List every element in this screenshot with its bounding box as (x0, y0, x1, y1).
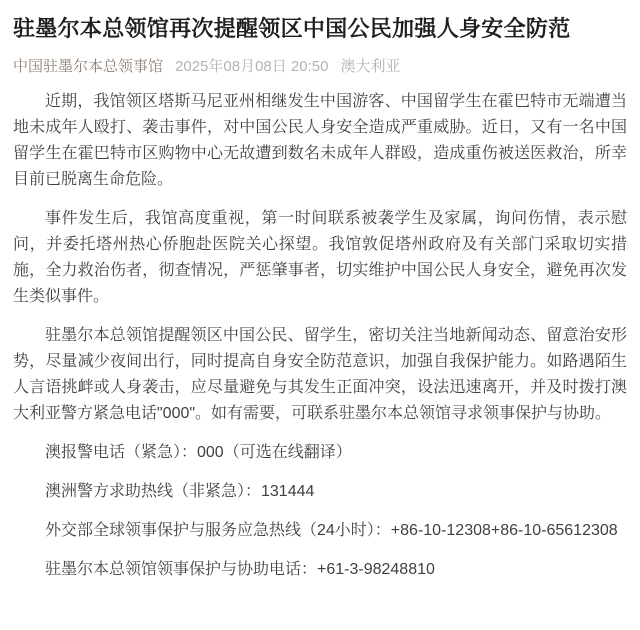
hotline-police-emergency: 澳报警电话（紧急）：000（可选在线翻译） (13, 440, 627, 466)
byline-datetime: 2025年08月08日 20:50 (175, 59, 328, 75)
paragraph-incident: 近期，我馆领区塔斯马尼亚州相继发生中国游客、中国留学生在霍巴特市无端遭当地未成年… (13, 89, 627, 193)
article-body: 近期，我馆领区塔斯马尼亚州相继发生中国游客、中国留学生在霍巴特市无端遭当地未成年… (13, 89, 627, 583)
hotline-police-nonemergency: 澳洲警方求助热线（非紧急）：131444 (13, 479, 627, 505)
hotline-mfa-global: 外交部全球领事保护与服务应急热线（24小时）：+86-10-12308+86-1… (13, 518, 627, 544)
byline-location: 澳大利亚 (340, 59, 400, 75)
article-title: 驻墨尔本总领馆再次提醒领区中国公民加强人身安全防范 (13, 0, 627, 42)
article-page: 驻墨尔本总领馆再次提醒领区中国公民加强人身安全防范 中国驻墨尔本总领事馆 202… (0, 0, 640, 630)
hotline-consulate: 驻墨尔本总领馆领事保护与协助电话：+61-3-98248810 (13, 557, 627, 583)
paragraph-response: 事件发生后，我馆高度重视，第一时间联系被袭学生及家属，询问伤情，表示慰问，并委托… (13, 206, 627, 310)
byline: 中国驻墨尔本总领事馆 2025年08月08日 20:50 澳大利亚 (13, 59, 627, 75)
paragraph-advice: 驻墨尔本总领馆提醒领区中国公民、留学生，密切关注当地新闻动态、留意治安形势，尽量… (13, 323, 627, 427)
byline-source: 中国驻墨尔本总领事馆 (13, 59, 163, 75)
